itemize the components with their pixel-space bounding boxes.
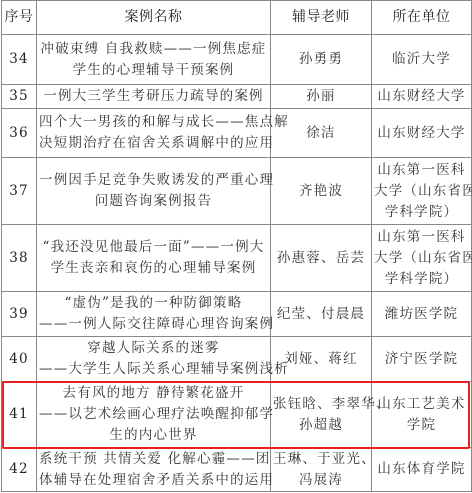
case-table: 序号 案例名称 辅导老师 所在单位 34冲破束缚 自我救赎——一例焦虑症学生的心… bbox=[1, 0, 472, 492]
cell-unit: 山东工艺美术学院 bbox=[372, 382, 472, 448]
cell-unit: 济宁医学院 bbox=[372, 337, 472, 382]
cell-teacher-line: 王琳、于亚光、 bbox=[273, 449, 369, 470]
cell-teacher-line: 刘娅、蒋红 bbox=[273, 349, 369, 370]
cell-case-name-line: 体辅导在处理宿舍矛盾关系中的运用 bbox=[39, 470, 268, 491]
table-row: 37一例因手足竞争失败诱发的严重心理问题咨询案例报告齐艳波山东第一医科大学（山东… bbox=[2, 158, 472, 225]
cell-unit-line: 大学（山东省医 bbox=[374, 248, 469, 269]
cell-unit: 潍坊医学院 bbox=[372, 292, 472, 337]
cell-unit: 山东第一医科大学（山东省医学科学院） bbox=[372, 225, 472, 292]
table-row: 40穿越人际关系的迷雾——大学生人际关系心理辅导案例浅析刘娅、蒋红济宁医学院 bbox=[2, 337, 472, 382]
cell-unit-line: 济宁医学院 bbox=[374, 349, 469, 370]
cell-number: 40 bbox=[2, 337, 37, 382]
header-teacher: 辅导老师 bbox=[271, 1, 372, 35]
cell-case-name: 冲破束缚 自我救赎——一例焦虑症学生的心理辅导干预案例 bbox=[37, 35, 271, 85]
cell-case-name-line: ——一例人际交往障碍心理咨询案例 bbox=[39, 314, 268, 335]
cell-case-name-line: 学生丧亲和哀伤的心理辅导案例 bbox=[39, 258, 268, 279]
cell-case-name: 穿越人际关系的迷雾——大学生人际关系心理辅导案例浅析 bbox=[37, 337, 271, 382]
table-row: 36四个大一男孩的和解与成长——焦点解决短期治疗在宿舍关系调解中的应用徐洁山东财… bbox=[2, 109, 472, 158]
cell-case-name-line: 系统干预 共情关爱 化解心霾——团 bbox=[39, 449, 268, 470]
cell-unit-line: 山东第一医科 bbox=[374, 227, 469, 248]
cell-case-name-line: 一例因手足竞争失败诱发的严重心理 bbox=[39, 170, 268, 191]
cell-teacher: 孙勇勇 bbox=[271, 35, 372, 85]
cell-teacher: 王琳、于亚光、冯展涛 bbox=[271, 448, 372, 492]
cell-number: 37 bbox=[2, 158, 37, 225]
cell-unit-line: 山东体育学院 bbox=[374, 459, 469, 480]
cell-case-name-line: 穿越人际关系的迷雾 bbox=[39, 338, 268, 359]
table-row: 35一例大三学生考研压力疏导的案例孙丽山东财经大学 bbox=[2, 85, 472, 109]
header-case-name: 案例名称 bbox=[37, 1, 271, 35]
cell-case-name: “我还没见他最后一面”——一例大学生丧亲和哀伤的心理辅导案例 bbox=[37, 225, 271, 292]
cell-unit: 临沂大学 bbox=[372, 35, 472, 85]
cell-number: 34 bbox=[2, 35, 37, 85]
table-body: 34冲破束缚 自我救赎——一例焦虑症学生的心理辅导干预案例孙勇勇临沂大学35一例… bbox=[2, 35, 472, 492]
header-unit: 所在单位 bbox=[372, 1, 472, 35]
cell-teacher-line: 孙勇勇 bbox=[273, 49, 369, 70]
cell-case-name-line: ——大学生人际关系心理辅导案例浅析 bbox=[39, 359, 268, 380]
cell-case-name-line: 决短期治疗在宿舍关系调解中的应用 bbox=[39, 133, 268, 154]
cell-case-name-line: 学生的心理辅导干预案例 bbox=[39, 60, 268, 81]
cell-teacher-line: 孙丽 bbox=[273, 86, 369, 107]
cell-case-name-line: “我还没见他最后一面”——一例大 bbox=[39, 237, 268, 258]
cell-unit: 山东财经大学 bbox=[372, 85, 472, 109]
cell-unit-line: 大学（山东省医 bbox=[374, 181, 469, 202]
cell-case-name: 四个大一男孩的和解与成长——焦点解决短期治疗在宿舍关系调解中的应用 bbox=[37, 109, 271, 158]
cell-number: 38 bbox=[2, 225, 37, 292]
cell-case-name-line: 一例大三学生考研压力疏导的案例 bbox=[39, 86, 268, 107]
cell-case-name: 一例大三学生考研压力疏导的案例 bbox=[37, 85, 271, 109]
cell-teacher: 孙丽 bbox=[271, 85, 372, 109]
cell-teacher-line: 纪莹、付晨晨 bbox=[273, 304, 369, 325]
cell-number: 36 bbox=[2, 109, 37, 158]
cell-unit-line: 山东财经大学 bbox=[374, 123, 469, 144]
cell-teacher: 纪莹、付晨晨 bbox=[271, 292, 372, 337]
table-row: 42系统干预 共情关爱 化解心霾——团体辅导在处理宿舍矛盾关系中的运用王琳、于亚… bbox=[2, 448, 472, 492]
cell-unit-line: 学院 bbox=[374, 415, 469, 436]
cell-number: 35 bbox=[2, 85, 37, 109]
cell-teacher-line: 孙惠蓉、岳芸 bbox=[273, 248, 369, 269]
cell-unit: 山东第一医科大学（山东省医学科学院） bbox=[372, 158, 472, 225]
cell-teacher-line: 张钰晗、李翠华、 bbox=[273, 394, 369, 415]
header-number: 序号 bbox=[2, 1, 37, 35]
table-row: 41去有风的地方 静待繁花盛开——以艺术绘画心理疗法唤醒抑郁学生的内心世界张钰晗… bbox=[2, 382, 472, 448]
cell-case-name: 去有风的地方 静待繁花盛开——以艺术绘画心理疗法唤醒抑郁学生的内心世界 bbox=[37, 382, 271, 448]
table-row: 38“我还没见他最后一面”——一例大学生丧亲和哀伤的心理辅导案例孙惠蓉、岳芸山东… bbox=[2, 225, 472, 292]
cell-number: 42 bbox=[2, 448, 37, 492]
table-row: 34冲破束缚 自我救赎——一例焦虑症学生的心理辅导干预案例孙勇勇临沂大学 bbox=[2, 35, 472, 85]
cell-case-name: “虚伪”是我的一种防御策略——一例人际交往障碍心理咨询案例 bbox=[37, 292, 271, 337]
cell-case-name-line: 问题咨询案例报告 bbox=[39, 191, 268, 212]
cell-teacher: 齐艳波 bbox=[271, 158, 372, 225]
cell-case-name-line: 冲破束缚 自我救赎——一例焦虑症 bbox=[39, 39, 268, 60]
cell-case-name-line: “虚伪”是我的一种防御策略 bbox=[39, 293, 268, 314]
cell-unit-line: 学科学院） bbox=[374, 202, 469, 223]
cell-unit-line: 学科学院） bbox=[374, 269, 469, 290]
cell-teacher: 张钰晗、李翠华、孙超越 bbox=[271, 382, 372, 448]
cell-number: 41 bbox=[2, 382, 37, 448]
cell-number: 39 bbox=[2, 292, 37, 337]
cell-case-name: 一例因手足竞争失败诱发的严重心理问题咨询案例报告 bbox=[37, 158, 271, 225]
cell-case-name-line: 生的内心世界 bbox=[39, 425, 268, 446]
cell-teacher-line: 齐艳波 bbox=[273, 181, 369, 202]
cell-teacher-line: 孙超越 bbox=[273, 415, 369, 436]
cell-unit: 山东财经大学 bbox=[372, 109, 472, 158]
cell-unit-line: 山东财经大学 bbox=[374, 86, 469, 107]
table-row: 39“虚伪”是我的一种防御策略——一例人际交往障碍心理咨询案例纪莹、付晨晨潍坊医… bbox=[2, 292, 472, 337]
cell-case-name-line: ——以艺术绘画心理疗法唤醒抑郁学 bbox=[39, 404, 268, 425]
cell-unit: 山东体育学院 bbox=[372, 448, 472, 492]
cell-unit-line: 山东工艺美术 bbox=[374, 394, 469, 415]
header-row: 序号 案例名称 辅导老师 所在单位 bbox=[2, 1, 472, 35]
cell-teacher: 孙惠蓉、岳芸 bbox=[271, 225, 372, 292]
cell-unit-line: 临沂大学 bbox=[374, 49, 469, 70]
cell-case-name-line: 去有风的地方 静待繁花盛开 bbox=[39, 383, 268, 404]
cell-case-name-line: 四个大一男孩的和解与成长——焦点解 bbox=[39, 112, 268, 133]
cell-unit-line: 山东第一医科 bbox=[374, 160, 469, 181]
cell-teacher-line: 冯展涛 bbox=[273, 470, 369, 491]
cell-unit-line: 潍坊医学院 bbox=[374, 304, 469, 325]
cell-case-name: 系统干预 共情关爱 化解心霾——团体辅导在处理宿舍矛盾关系中的运用 bbox=[37, 448, 271, 492]
